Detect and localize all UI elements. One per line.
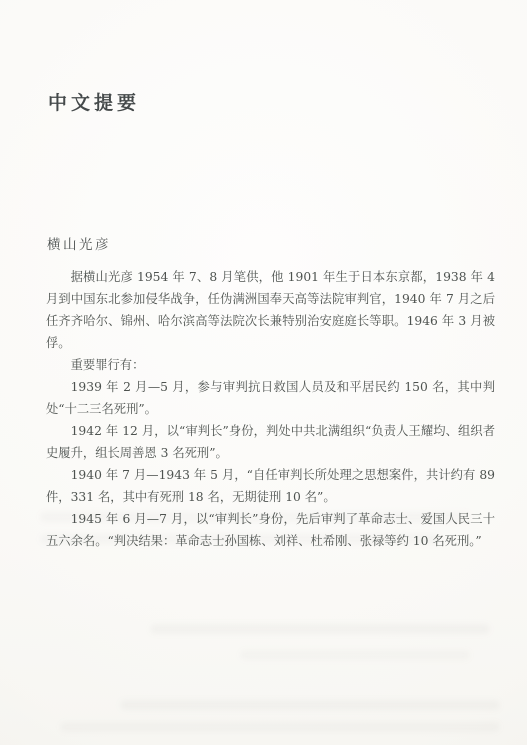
page-title: 中文提要 (48, 88, 140, 115)
paragraph-crime-1940-1943: 1940 年 7 月—1943 年 5 月，“自任审判长所处理之思想案件，共计约… (46, 464, 495, 508)
reverse-page-showthrough (240, 650, 470, 660)
reverse-page-showthrough (120, 700, 500, 710)
subject-name: 横山光彦 (47, 233, 111, 253)
paragraph-crime-1942: 1942 年 12 月，以“审判长”身份，判处中共北满组织“负责人王耀均、组织者… (46, 420, 495, 464)
paragraph-biography: 据横山光彦 1954 年 7、8 月笔供，他 1901 年生于日本东京都，193… (46, 266, 495, 354)
body-text-block: 据横山光彦 1954 年 7、8 月笔供，他 1901 年生于日本东京都，193… (46, 266, 495, 552)
paragraph-crimes-heading: 重要罪行有： (46, 354, 495, 376)
paragraph-crime-1945: 1945 年 6 月—7 月，以“审判长”身份，先后审判了革命志士、爱国人民三十… (46, 508, 495, 552)
document-page: 中文提要 横山光彦 据横山光彦 1954 年 7、8 月笔供，他 1901 年生… (0, 0, 527, 745)
paragraph-crime-1939: 1939 年 2 月—5 月，参与审判抗日救国人员及和平居民约 150 名，其中… (46, 376, 495, 420)
reverse-page-showthrough (60, 722, 500, 732)
reverse-page-showthrough (150, 624, 490, 634)
